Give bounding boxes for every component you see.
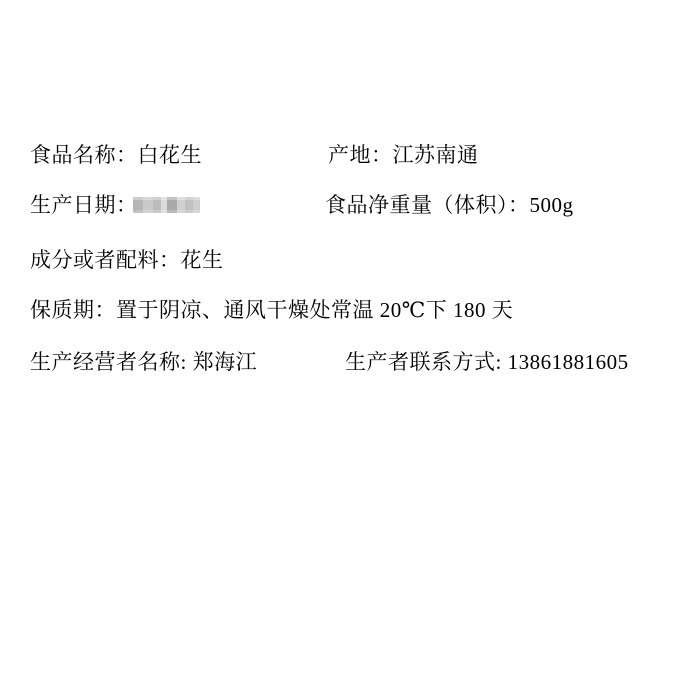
field-ingredients: 成分或者配料：花生 — [30, 247, 224, 273]
production-date-redacted-block — [133, 197, 200, 213]
field-producer-name: 生产经营者名称: 郑海江 — [30, 349, 257, 375]
field-food-name: 食品名称：白花生 — [30, 142, 202, 168]
field-production-date-label: 生产日期： — [30, 192, 138, 218]
product-label-page: 食品名称：白花生 产地：江苏南通 生产日期： 食品净重量（体积）：500g 成分… — [0, 0, 700, 700]
field-shelf-life: 保质期：置于阴凉、通风干燥处常温 20℃下 180 天 — [30, 297, 513, 323]
field-net-weight: 食品净重量（体积）：500g — [325, 192, 574, 218]
field-producer-contact: 生产者联系方式: 13861881605 — [345, 349, 629, 375]
field-origin: 产地：江苏南通 — [328, 142, 479, 168]
